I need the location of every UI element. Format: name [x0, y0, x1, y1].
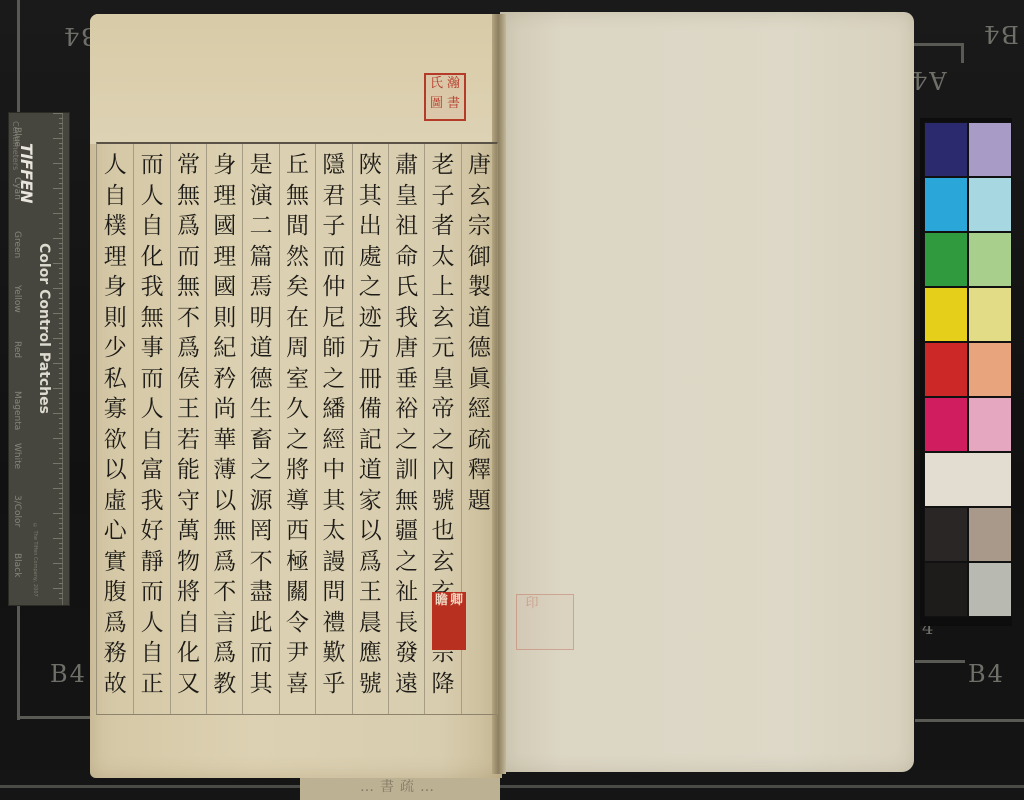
- ruler-tick: [59, 148, 63, 149]
- ruler-tick: [59, 578, 63, 579]
- ruler-tick: [59, 293, 63, 294]
- character: 理: [104, 242, 127, 273]
- ruler-tick: [59, 153, 63, 154]
- ruler-tick: [59, 418, 63, 419]
- character: 化: [177, 638, 200, 669]
- character: 之: [359, 272, 382, 303]
- patch-label-3color: 3/Color: [12, 495, 22, 527]
- character: 尼: [322, 303, 345, 334]
- character: 我: [141, 486, 164, 517]
- ruler-tick: [59, 398, 63, 399]
- ruler-tick: [59, 348, 63, 349]
- ruler-tick: [59, 478, 63, 479]
- character: 之: [286, 425, 309, 456]
- character: 篇: [250, 242, 273, 273]
- character: 無: [177, 181, 200, 212]
- character: 而: [141, 364, 164, 395]
- patch-yellow-left: [924, 287, 968, 342]
- ruler-tick: [53, 563, 63, 564]
- ruler-tick: [59, 178, 63, 179]
- patch-label-cyan: Cyan: [12, 177, 22, 200]
- patch-label-red: Red: [12, 341, 22, 358]
- character: 爲: [359, 547, 382, 578]
- character: 身: [104, 272, 127, 303]
- character: 華: [213, 425, 236, 456]
- character: 之: [395, 547, 418, 578]
- size-label-b4-top-right: B4: [982, 20, 1019, 48]
- ruler-tick: [59, 358, 63, 359]
- ruler-tick: [59, 458, 63, 459]
- character: 備: [359, 394, 382, 425]
- ruler-tick: [59, 123, 63, 124]
- character: 令: [286, 608, 309, 639]
- ruler-tick: [59, 268, 63, 269]
- patch-gray-dark-right: [968, 507, 1012, 562]
- character: 隱: [322, 150, 345, 181]
- character: 言: [213, 608, 236, 639]
- character: 在: [286, 303, 309, 334]
- ruler-tick: [53, 338, 63, 339]
- character: 寡: [104, 394, 127, 425]
- character: 爲: [104, 608, 127, 639]
- character: 其: [322, 486, 345, 517]
- character: 眞: [468, 364, 491, 395]
- ruler-tick: [59, 278, 63, 279]
- character: 命: [395, 242, 418, 273]
- patch-yellow-right: [968, 287, 1012, 342]
- character: 王: [359, 577, 382, 608]
- size-label-b4-bottom-left: B4: [50, 660, 87, 688]
- character: 理: [213, 181, 236, 212]
- character: 德: [250, 364, 273, 395]
- character: 乎: [322, 669, 345, 700]
- character: 疏: [468, 425, 491, 456]
- character: 疆: [395, 516, 418, 547]
- character: 長: [395, 608, 418, 639]
- patch-label-green: Green: [12, 231, 22, 258]
- ruler-tick: [59, 503, 63, 504]
- ruler-tick: [59, 158, 63, 159]
- text-column: 是演二篇焉明道德生畜之源罔不盡此而其: [242, 144, 278, 714]
- text-column: 人自樸理身則少私寡欲以虛心實腹爲務故: [97, 144, 133, 714]
- character: 焉: [250, 272, 273, 303]
- patch-black-right: [968, 562, 1012, 617]
- character: 遠: [395, 669, 418, 700]
- ruler-tick: [59, 273, 63, 274]
- ruler-tick: [59, 128, 63, 129]
- ruler-tick: [53, 138, 63, 139]
- character: 御: [468, 242, 491, 273]
- character: 國: [213, 211, 236, 242]
- character: 號: [431, 486, 454, 517]
- character: 謾: [322, 547, 345, 578]
- ruler-tick: [59, 353, 63, 354]
- character: 帝: [431, 394, 454, 425]
- ruler-tick: [59, 133, 63, 134]
- character: 間: [286, 211, 309, 242]
- character: 而: [141, 150, 164, 181]
- ruler-tick: [59, 118, 63, 119]
- character: 仲: [322, 272, 345, 303]
- character: 經: [322, 425, 345, 456]
- character: 常: [177, 150, 200, 181]
- character: 明: [250, 303, 273, 334]
- character: 君: [322, 181, 345, 212]
- color-control-title: Color Control Patches: [36, 243, 52, 414]
- guide-line-a4-top: [908, 43, 964, 46]
- character: 私: [104, 364, 127, 395]
- ruler-tick: [59, 428, 63, 429]
- ruler-tick: [59, 283, 63, 284]
- character: 心: [104, 516, 127, 547]
- character: 無: [141, 303, 164, 334]
- character: 祖: [395, 211, 418, 242]
- copyright-text: © The Tiffen Company, 2007: [32, 523, 38, 597]
- patch-green-right: [968, 232, 1012, 287]
- ruler-tick: [59, 173, 63, 174]
- ruler-tick: [53, 513, 63, 514]
- ruler-tick: [59, 333, 63, 334]
- character: 萬: [177, 516, 200, 547]
- character: 我: [141, 272, 164, 303]
- right-page-blank: [500, 12, 914, 772]
- slip-text: …書疏…: [360, 776, 440, 796]
- character: 極: [286, 547, 309, 578]
- character: 而: [141, 577, 164, 608]
- character: 以: [359, 516, 382, 547]
- ruler-tick: [53, 363, 63, 364]
- patch-magenta-left: [924, 397, 968, 452]
- character: 太: [322, 516, 345, 547]
- character: 則: [104, 303, 127, 334]
- character: 我: [395, 303, 418, 334]
- patch-red-right: [968, 342, 1012, 397]
- ruler-tick: [59, 248, 63, 249]
- character: 中: [322, 455, 345, 486]
- character: 樸: [104, 211, 127, 242]
- character: 腹: [104, 577, 127, 608]
- seal-character: 圖: [428, 97, 445, 117]
- ruler-tick: [59, 473, 63, 474]
- text-column: 常無爲而無不爲侯王若能守萬物將自化又: [170, 144, 206, 714]
- color-patch-chart: [920, 118, 1012, 626]
- character: 不: [250, 547, 273, 578]
- character: 製: [468, 272, 491, 303]
- character: 老: [431, 150, 454, 181]
- ruler-tick: [53, 163, 63, 164]
- character: 冊: [359, 364, 382, 395]
- ruler-tick: [59, 303, 63, 304]
- ruler-tick: [53, 263, 63, 264]
- text-column: 身理國理國則紀矜尚華薄以無爲不言爲教: [206, 144, 242, 714]
- character: 唐: [395, 333, 418, 364]
- character: 而: [322, 242, 345, 273]
- ruler-tick: [59, 598, 63, 599]
- ruler-tick: [59, 443, 63, 444]
- character: 之: [250, 455, 273, 486]
- character: 自: [104, 181, 127, 212]
- guide-line-bottom: [0, 785, 1024, 788]
- character: 無: [177, 272, 200, 303]
- character: 教: [213, 669, 236, 700]
- character: 應: [359, 638, 382, 669]
- character: 自: [141, 638, 164, 669]
- character: 子: [431, 181, 454, 212]
- character: 化: [141, 242, 164, 273]
- ruler-tick: [59, 318, 63, 319]
- character: 西: [286, 516, 309, 547]
- ruler-tick: [59, 233, 63, 234]
- patch-label-black: Black: [12, 553, 22, 577]
- seal-character: 瀚: [445, 77, 462, 97]
- patch-label-blue: Blue: [12, 127, 22, 147]
- seal-middle: 瞻卿: [432, 592, 466, 650]
- character: 周: [286, 333, 309, 364]
- character: 之: [431, 425, 454, 456]
- character: 好: [141, 516, 164, 547]
- seal-top: 氏瀚圖書: [424, 73, 466, 121]
- character: 道: [359, 455, 382, 486]
- guide-line-right-bottom: [915, 719, 1024, 722]
- ruler-tick: [59, 343, 63, 344]
- character: 罔: [250, 516, 273, 547]
- ruler-tick: [59, 573, 63, 574]
- seal-character: 卿: [449, 594, 464, 648]
- ruler-tick: [59, 523, 63, 524]
- character: 內: [431, 455, 454, 486]
- guide-line-bottom-left: [17, 716, 97, 719]
- character: 爲: [177, 211, 200, 242]
- character: 晨: [359, 608, 382, 639]
- character: 道: [250, 333, 273, 364]
- character: 喜: [286, 669, 309, 700]
- character: 迹: [359, 303, 382, 334]
- character: 又: [177, 669, 200, 700]
- text-column: 陜其出處之迹方冊備記道家以爲王晨應號: [352, 144, 388, 714]
- character: 玄: [431, 547, 454, 578]
- ruler-tick: [59, 168, 63, 169]
- character: 處: [359, 242, 382, 273]
- ruler-tick: [59, 453, 63, 454]
- character: 太: [431, 242, 454, 273]
- character: 子: [322, 211, 345, 242]
- character: 薄: [213, 455, 236, 486]
- character: 人: [104, 150, 127, 181]
- character: 演: [250, 181, 273, 212]
- character: 裕: [395, 394, 418, 425]
- seal-faint-right-page: 印: [516, 594, 574, 650]
- ruler-tick: [59, 253, 63, 254]
- character: 繙: [322, 394, 345, 425]
- character: 富: [141, 455, 164, 486]
- character: 題: [468, 486, 491, 517]
- character: 歎: [322, 638, 345, 669]
- patch-label-white: White: [12, 443, 22, 469]
- character: 紀: [213, 333, 236, 364]
- character: 唐: [468, 150, 491, 181]
- character: 以: [104, 455, 127, 486]
- seal-character: 書: [445, 97, 462, 117]
- patch-magenta-right: [968, 397, 1012, 452]
- seal-character: 氏: [428, 77, 445, 97]
- ruler-tick: [59, 308, 63, 309]
- ruler-tick: [59, 448, 63, 449]
- ruler-tick: [59, 383, 63, 384]
- character: 宗: [468, 211, 491, 242]
- character: 則: [213, 303, 236, 334]
- ruler-tick: [59, 553, 63, 554]
- ruler-tick: [59, 508, 63, 509]
- character: 其: [359, 181, 382, 212]
- character: 號: [359, 669, 382, 700]
- character: 自: [141, 425, 164, 456]
- character: 盡: [250, 577, 273, 608]
- character: 人: [141, 181, 164, 212]
- patch-label-magenta: Magenta: [12, 391, 22, 430]
- character: 訓: [395, 455, 418, 486]
- ruler-tick: [59, 593, 63, 594]
- character: 陜: [359, 150, 382, 181]
- ruler-tick: [59, 518, 63, 519]
- tiffen-color-control-strip: Centimeters TIFFEN Color Control Patches…: [8, 112, 70, 606]
- ruler-tick: [59, 203, 63, 204]
- character: 理: [213, 242, 236, 273]
- character: 師: [322, 333, 345, 364]
- ruler-tick: [59, 378, 63, 379]
- character: 物: [177, 547, 200, 578]
- character: 者: [431, 211, 454, 242]
- character: 能: [177, 455, 200, 486]
- seal-character: 瞻: [434, 594, 449, 648]
- seal-character: 印: [519, 597, 545, 647]
- character: 玄: [431, 303, 454, 334]
- ruler-tick: [59, 243, 63, 244]
- character: 人: [141, 394, 164, 425]
- ruler-tick: [53, 413, 63, 414]
- character: 降: [431, 669, 454, 700]
- character: 以: [213, 486, 236, 517]
- character: 皇: [431, 364, 454, 395]
- size-label-a4-top-right: A4: [910, 66, 947, 94]
- character: 記: [359, 425, 382, 456]
- character: 也: [431, 516, 454, 547]
- character: 爲: [213, 547, 236, 578]
- character: 少: [104, 333, 127, 364]
- patch-green-left: [924, 232, 968, 287]
- ruler-tick: [59, 543, 63, 544]
- ruler-tick: [59, 393, 63, 394]
- character: 將: [177, 577, 200, 608]
- character: 丘: [286, 150, 309, 181]
- character: 矜: [213, 364, 236, 395]
- ruler-tick: [59, 558, 63, 559]
- patch-cyan-left: [924, 177, 968, 232]
- character: 之: [395, 425, 418, 456]
- character: 爲: [177, 333, 200, 364]
- character: 無: [395, 486, 418, 517]
- ruler-line: [62, 113, 63, 605]
- character: 實: [104, 547, 127, 578]
- character: 關: [286, 577, 309, 608]
- character: 虛: [104, 486, 127, 517]
- ruler-tick: [59, 368, 63, 369]
- patch-label-yellow: Yellow: [12, 285, 22, 313]
- character: 無: [213, 516, 236, 547]
- ruler-tick: [59, 468, 63, 469]
- ruler-tick: [53, 463, 63, 464]
- character: 務: [104, 638, 127, 669]
- ruler-tick: [59, 423, 63, 424]
- ruler-tick: [59, 223, 63, 224]
- ruler-tick: [59, 408, 63, 409]
- character: 不: [177, 303, 200, 334]
- character: 靜: [141, 547, 164, 578]
- character: 禮: [322, 608, 345, 639]
- text-column: 肅皇祖命氏我唐垂裕之訓無疆之祉長發遠: [388, 144, 424, 714]
- character: 發: [395, 638, 418, 669]
- character: 尚: [213, 394, 236, 425]
- text-column: 而人自化我無事而人自富我好靜而人自正: [133, 144, 169, 714]
- character: 正: [141, 669, 164, 700]
- ruler-tick: [59, 483, 63, 484]
- character: 室: [286, 364, 309, 395]
- patch-red-left: [924, 342, 968, 397]
- ruler-tick: [59, 193, 63, 194]
- character: 皇: [395, 181, 418, 212]
- character: 故: [104, 669, 127, 700]
- character: 家: [359, 486, 382, 517]
- ruler-tick: [59, 218, 63, 219]
- character: 事: [141, 333, 164, 364]
- character: 尹: [286, 638, 309, 669]
- character: 守: [177, 486, 200, 517]
- character: 是: [250, 150, 273, 181]
- ruler-tick: [59, 143, 63, 144]
- text-column: 隱君子而仲尼師之繙經中其太謾問禮歎乎: [315, 144, 351, 714]
- patch-black-left: [924, 562, 968, 617]
- character: 之: [322, 364, 345, 395]
- character: 玄: [468, 181, 491, 212]
- ruler-tick: [53, 488, 63, 489]
- patch-gray-dark-left: [924, 507, 968, 562]
- ruler-tick: [53, 588, 63, 589]
- character: 王: [177, 394, 200, 425]
- size-label-b4-bottom-right: B4: [968, 660, 1005, 688]
- character: 二: [250, 211, 273, 242]
- character: 侯: [177, 364, 200, 395]
- character: 釋: [468, 455, 491, 486]
- ruler-tick: [59, 528, 63, 529]
- character: 其: [250, 669, 273, 700]
- character: 經: [468, 394, 491, 425]
- text-column: 丘無間然矣在周室久之將導西極關令尹喜: [279, 144, 315, 714]
- character: 而: [177, 242, 200, 273]
- title-column: 唐玄宗御製道德眞經疏釋題: [461, 144, 497, 714]
- character: 源: [250, 486, 273, 517]
- character: 此: [250, 608, 273, 639]
- ruler-tick: [59, 403, 63, 404]
- character: 將: [286, 455, 309, 486]
- character: 無: [286, 181, 309, 212]
- ruler-tick: [59, 228, 63, 229]
- ruler-tick: [59, 258, 63, 259]
- character: 元: [431, 333, 454, 364]
- character: 爲: [213, 638, 236, 669]
- patch-cyan-right: [968, 177, 1012, 232]
- character: 身: [213, 150, 236, 181]
- character: 德: [468, 333, 491, 364]
- ruler-tick: [59, 328, 63, 329]
